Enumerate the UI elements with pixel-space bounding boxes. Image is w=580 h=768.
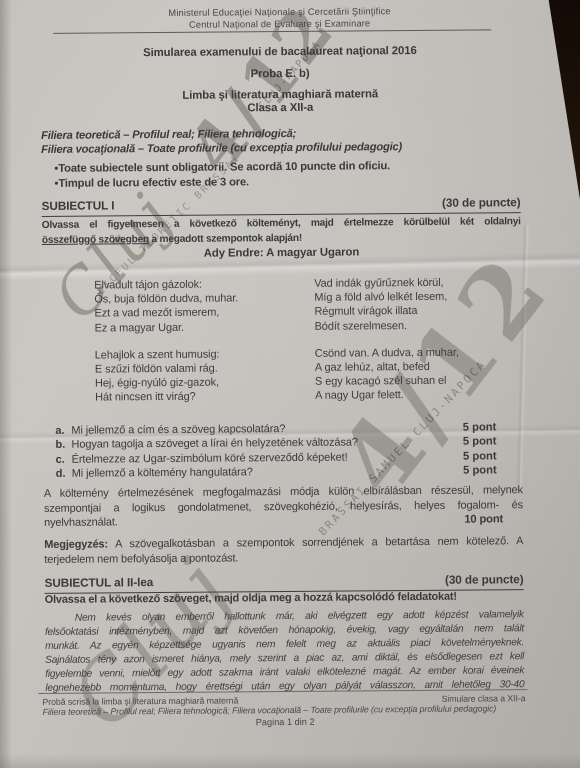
underlined-phrase: összefüggő szövegben xyxy=(42,234,149,246)
document-content: 4/12 4/12 Cluj Cluj CLUJ-NAPOCA LICEUL T… xyxy=(0,0,580,768)
subject2-passage: Nem kevés olyan emberről hallottunk már,… xyxy=(45,608,525,695)
rule-item-text: Timpul de lucru efectiv este de 3 ore. xyxy=(58,175,249,191)
filiera-block: Filiera teoretică – Profilul real; Filie… xyxy=(41,126,520,157)
question-label: c. xyxy=(56,452,72,466)
poem-line: A nagy Ugar felett. xyxy=(315,388,522,404)
filiera-line2: Filiera vocaţională – Toate profilurile … xyxy=(41,140,520,158)
poem-line: Hát nincsen itt virág? xyxy=(95,389,315,405)
grading-note: A költemény értelmezésének megfogalmazás… xyxy=(44,483,523,530)
question-label: a. xyxy=(55,424,71,438)
question-text: Mi jellemző a költemény hangulatára? xyxy=(72,464,453,481)
rule-item: • Timpul de lucru efectiv este de 3 ore. xyxy=(41,173,520,191)
remark-label: Megjegyzés: xyxy=(44,538,108,551)
grading-note-line: nyelvhasználat. xyxy=(44,515,118,530)
poem-stanza: Elvadult tájon gázolok: Ős, buja földön … xyxy=(94,277,314,336)
poem-left-column: Elvadult tájon gázolok: Ős, buja földön … xyxy=(94,277,315,405)
subject1-points: (30 de puncte) xyxy=(442,195,521,210)
question-points: 5 pont xyxy=(453,463,523,478)
poem-stanza: Lehajlok a szent humusig: E szűzi földön… xyxy=(95,347,315,406)
rule-item-text: Toate subiectele sunt obligatorii. Se ac… xyxy=(58,159,390,176)
subject1-heading-row: SUBIECTUL I (30 de puncte) xyxy=(42,195,521,216)
bullet-icon: • xyxy=(41,176,58,191)
grading-note-last-row: nyelvhasználat. 10 pont xyxy=(44,512,523,530)
remark: Megjegyzés: A szövegalkotásban a szempon… xyxy=(44,534,523,567)
question-points: 5 pont xyxy=(453,449,523,464)
subject2-instruction: Olvassa el a következő szöveget, majd ol… xyxy=(45,589,524,608)
poem: Elvadult tájon gázolok: Ős, buja földön … xyxy=(42,275,522,405)
poem-stanza: Csönd van. A dudva, a muhar, A gaz lehúz… xyxy=(315,345,522,403)
poem-stanza: Vad indák gyűrűznek körül, Míg a föld al… xyxy=(314,275,521,333)
remark-line1-rest: A szövegalkotásban a szempontok sorrendj… xyxy=(108,535,523,550)
header-rule xyxy=(53,29,491,33)
question-row: d. Mi jellemző a költemény hangulatára? … xyxy=(44,463,523,481)
question-points: 5 pont xyxy=(452,420,522,435)
grading-points: 10 pont xyxy=(464,512,523,527)
question-label: d. xyxy=(56,467,72,481)
photo-of-exam-sheet: 4/12 4/12 Cluj Cluj CLUJ-NAPOCA LICEUL T… xyxy=(0,0,580,768)
subject2-heading: SUBIECTUL al II-lea xyxy=(44,575,153,590)
subject2-points: (30 de puncte) xyxy=(445,572,524,587)
subject1-instruction: Olvassa el figyelmesen a következő költe… xyxy=(42,215,521,248)
footer-page-number: Pagina 1 din 2 xyxy=(46,715,525,729)
evaluation-center-name: Centrul Naţional de Evaluare şi Examinar… xyxy=(40,17,519,31)
question-label: b. xyxy=(55,438,71,452)
general-rules: • Toate subiectele sunt obligatorii. Se … xyxy=(41,158,520,191)
class-label: Clasa a XII-a xyxy=(41,100,520,116)
proba-label: Proba E. b) xyxy=(41,66,520,82)
poem-title: Ady Endre: A magyar Ugaron xyxy=(42,245,521,261)
bullet-icon: • xyxy=(41,162,58,177)
remark-line2: terjedelem nem befolyásolja a pontozást. xyxy=(44,549,523,567)
question-points: 5 pont xyxy=(452,434,522,449)
subject1-heading: SUBIECTUL I xyxy=(42,198,115,213)
instruction-line2-rest: a megadott szempontok alapján! xyxy=(149,233,302,245)
exam-title: Simularea examenului de bacalaureat naţi… xyxy=(40,44,519,60)
poem-right-column: Vad indák gyűrűznek körül, Míg a föld al… xyxy=(314,275,522,403)
subject1-questions: a. Mi jellemző a cím és a szöveg kapcsol… xyxy=(43,420,522,481)
